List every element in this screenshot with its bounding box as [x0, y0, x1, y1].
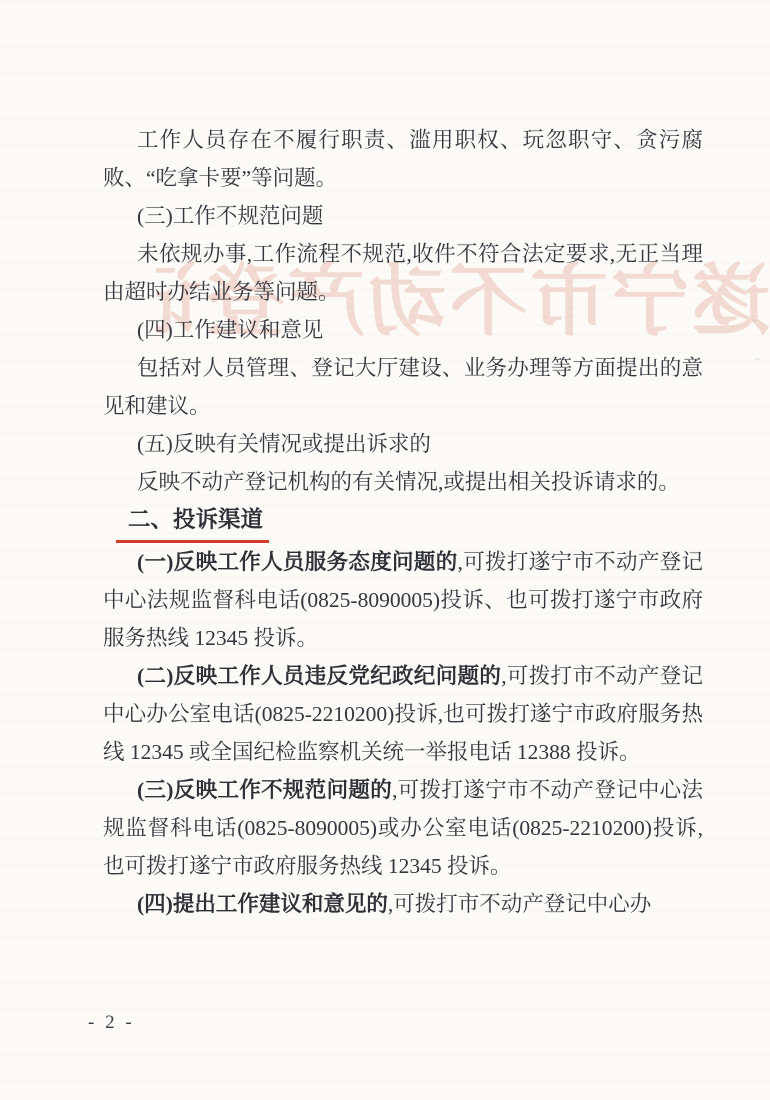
paragraph: (一)反映工作人员服务态度问题的,可拨打遂宁市不动产登记中心法规监督科电话(08…: [103, 543, 703, 657]
body-text: (五)反映有关情况或提出诉求的: [137, 432, 431, 456]
emphasis-text: 二、投诉渠道: [128, 507, 263, 532]
section-heading-underlined-text: 二、投诉渠道: [116, 501, 269, 543]
subheading: (四)工作建议和意见: [103, 311, 703, 349]
emphasis-text: (一)反映工作人员服务态度问题的: [137, 550, 458, 574]
subheading: (三)工作不规范问题: [103, 197, 703, 235]
scan-speck: ~: [754, 354, 761, 365]
paragraph: (三)反映工作不规范问题的,可拨打遂宁市不动产登记中心法规监督科电话(0825-…: [103, 771, 703, 885]
body-text: (四)工作建议和意见: [137, 318, 323, 342]
body-text: 未依规办事,工作流程不规范,收件不符合法定要求,无正当理由超时办结业务等问题。: [103, 242, 703, 304]
subheading: (五)反映有关情况或提出诉求的: [103, 425, 703, 463]
paragraph: 包括对人员管理、登记大厅建设、业务办理等方面提出的意见和建议。: [103, 349, 703, 425]
paragraph: 反映不动产登记机构的有关情况,或提出相关投诉请求的。: [103, 463, 703, 501]
scan-speck: =: [751, 316, 757, 327]
scanned-document-page: 遂宁市不动产登记中心文件 工作人员存在不履行职责、滥用职权、玩忽职守、贪污腐败、…: [0, 0, 770, 1100]
body-text: 包括对人员管理、登记大厅建设、业务办理等方面提出的意见和建议。: [103, 356, 703, 418]
body-text: 工作人员存在不履行职责、滥用职权、玩忽职守、贪污腐败、“吃拿卡要”等问题。: [103, 128, 703, 190]
body-text: ,可拨打市不动产登记中心办: [388, 892, 651, 916]
body-text: (三)工作不规范问题: [137, 204, 323, 228]
section-heading: 二、投诉渠道: [103, 501, 703, 543]
document-body: 工作人员存在不履行职责、滥用职权、玩忽职守、贪污腐败、“吃拿卡要”等问题。(三)…: [103, 121, 703, 923]
body-text: 反映不动产登记机构的有关情况,或提出相关投诉请求的。: [137, 470, 680, 494]
paragraph: 工作人员存在不履行职责、滥用职权、玩忽职守、贪污腐败、“吃拿卡要”等问题。: [103, 121, 703, 197]
page-number: - 2 -: [88, 1012, 135, 1034]
emphasis-text: (四)提出工作建议和意见的: [137, 892, 388, 916]
paragraph: 未依规办事,工作流程不规范,收件不符合法定要求,无正当理由超时办结业务等问题。: [103, 235, 703, 311]
paragraph: (二)反映工作人员违反党纪政纪问题的,可拨打市不动产登记中心办公室电话(0825…: [103, 657, 703, 771]
paragraph: (四)提出工作建议和意见的,可拨打市不动产登记中心办: [103, 885, 703, 923]
emphasis-text: (二)反映工作人员违反党纪政纪问题的: [137, 664, 501, 688]
emphasis-text: (三)反映工作不规范问题的: [137, 778, 392, 802]
